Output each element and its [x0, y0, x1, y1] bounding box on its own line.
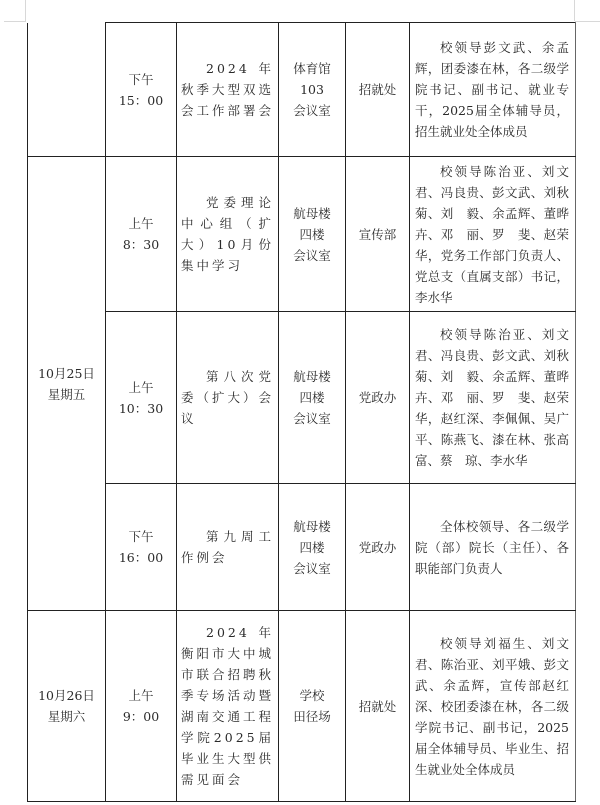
- time-period: 下午: [106, 69, 176, 90]
- time-period: 下午: [106, 526, 176, 547]
- organizer-cell: 宣传部: [346, 157, 410, 312]
- time-clock: 9：00: [106, 706, 176, 727]
- time-cell: 下午 15：00: [106, 23, 177, 157]
- location-cell: 航母楼 四楼 会议室: [279, 484, 346, 611]
- location-line: 会议室: [279, 558, 345, 579]
- time-cell: 上午 8：30: [106, 157, 177, 312]
- organizer-cell: 招就处: [346, 23, 410, 157]
- location-line: 四楼: [279, 224, 345, 245]
- location-line: 航母楼: [279, 366, 345, 387]
- time-clock: 16：00: [106, 547, 176, 568]
- location-cell: 航母楼 四楼 会议室: [279, 312, 346, 484]
- date-day: 10月25日: [28, 363, 105, 384]
- table-row: 上午 10：30 第八次党委（扩大）会议 航母楼 四楼 会议室 党政办 校领导陈…: [28, 312, 576, 484]
- date-weekday: 星期五: [28, 384, 105, 405]
- margin-guide: [575, 21, 600, 22]
- topic-cell: 2024年秋季大型双选会工作部署会: [177, 23, 279, 157]
- location-line: 会议室: [279, 408, 345, 429]
- time-clock: 10：30: [106, 398, 176, 419]
- table-row: 下午 15：00 2024年秋季大型双选会工作部署会 体育馆 103 会议室 招…: [28, 23, 576, 157]
- location-cell: 学校 田径场: [279, 611, 346, 802]
- attendees-cell: 校领导刘福生、刘文君、陈治亚、刘平娥、彭文武、余孟辉，宣传部赵红深、校团委漆在林…: [410, 611, 576, 802]
- organizer-cell: 招就处: [346, 611, 410, 802]
- topic-cell: 2024年衡阳市大中城市联合招聘秋季专场活动暨湖南交通工程学院2025届毕业生大…: [177, 611, 279, 802]
- location-line: 103: [279, 79, 345, 100]
- date-weekday: 星期六: [28, 706, 105, 727]
- time-period: 上午: [106, 377, 176, 398]
- topic-cell: 党委理论中心组（扩大）10月份集中学习: [177, 157, 279, 312]
- location-cell: 体育馆 103 会议室: [279, 23, 346, 157]
- topic-cell: 第九周工作例会: [177, 484, 279, 611]
- location-line: 会议室: [279, 245, 345, 266]
- document-page: 下午 15：00 2024年秋季大型双选会工作部署会 体育馆 103 会议室 招…: [0, 0, 600, 805]
- time-period: 上午: [106, 685, 176, 706]
- time-cell: 上午 9：00: [106, 611, 177, 802]
- meeting-schedule-table: 下午 15：00 2024年秋季大型双选会工作部署会 体育馆 103 会议室 招…: [27, 22, 576, 802]
- date-cell: [28, 23, 106, 157]
- location-line: 会议室: [279, 100, 345, 121]
- date-day: 10月26日: [28, 685, 105, 706]
- table-row: 10月26日 星期六 上午 9：00 2024年衡阳市大中城市联合招聘秋季专场活…: [28, 611, 576, 802]
- time-period: 上午: [106, 213, 176, 234]
- attendees-cell: 校领导陈治亚、刘文君、冯良贵、彭文武、刘秋菊、刘 毅、余孟辉、董晔卉、邓 丽、罗…: [410, 157, 576, 312]
- attendees-cell: 校领导陈治亚、刘文君、冯良贵、彭文武、刘秋菊、刘 毅、余孟辉、董晔卉、邓 丽、罗…: [410, 312, 576, 484]
- location-line: 航母楼: [279, 203, 345, 224]
- location-line: 田径场: [279, 706, 345, 727]
- location-line: 体育馆: [279, 58, 345, 79]
- location-line: 学校: [279, 685, 345, 706]
- time-cell: 上午 10：30: [106, 312, 177, 484]
- location-line: 航母楼: [279, 516, 345, 537]
- margin-guide: [574, 0, 575, 21]
- margin-guide: [4, 21, 26, 22]
- time-clock: 8：30: [106, 234, 176, 255]
- margin-guide: [25, 0, 26, 21]
- location-line: 四楼: [279, 387, 345, 408]
- time-cell: 下午 16：00: [106, 484, 177, 611]
- organizer-cell: 党政办: [346, 484, 410, 611]
- organizer-cell: 党政办: [346, 312, 410, 484]
- table-row: 下午 16：00 第九周工作例会 航母楼 四楼 会议室 党政办 全体校领导、各二…: [28, 484, 576, 611]
- time-clock: 15：00: [106, 90, 176, 111]
- date-cell: 10月25日 星期五: [28, 157, 106, 611]
- table-row: 10月25日 星期五 上午 8：30 党委理论中心组（扩大）10月份集中学习 航…: [28, 157, 576, 312]
- topic-cell: 第八次党委（扩大）会议: [177, 312, 279, 484]
- attendees-cell: 全体校领导、各二级学院（部）院长（主任）、各职能部门负责人: [410, 484, 576, 611]
- location-cell: 航母楼 四楼 会议室: [279, 157, 346, 312]
- date-cell: 10月26日 星期六: [28, 611, 106, 802]
- location-line: 四楼: [279, 537, 345, 558]
- attendees-cell: 校领导彭文武、余孟辉，团委漆在林，各二级学院书记、副书记、就业专干，2025届全…: [410, 23, 576, 157]
